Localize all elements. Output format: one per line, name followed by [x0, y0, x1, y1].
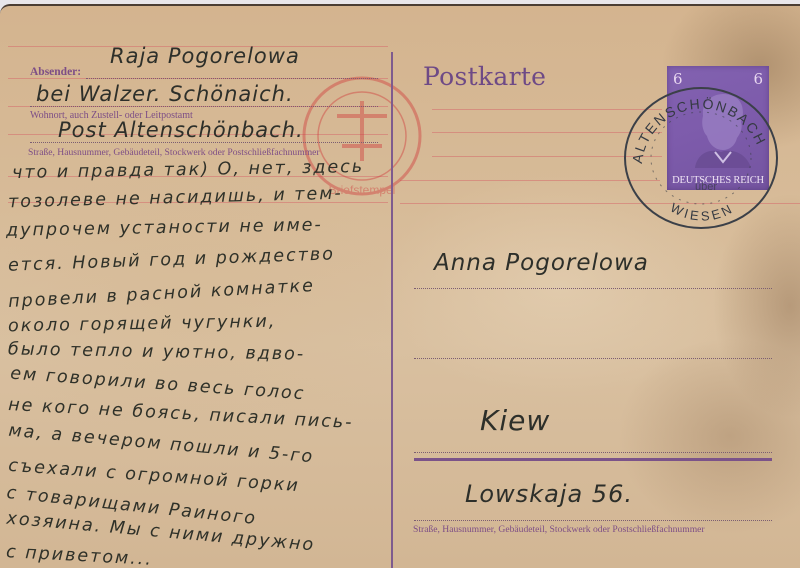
message-line: провели в расной комнатке [8, 276, 316, 312]
city-underline [414, 458, 772, 461]
postkarte-title: Postkarte [423, 62, 546, 91]
sender-town: Post Altenschönbach. [58, 118, 304, 142]
vertical-divider [391, 52, 393, 568]
message-line: с приветом... [6, 542, 154, 568]
sender-line-1 [86, 78, 378, 79]
svg-text:WIESEN: WIESEN [668, 200, 737, 224]
recipient-line-2 [414, 358, 772, 359]
svg-text:über: über [695, 181, 717, 193]
sender-name: Raja Pogorelowa [110, 44, 300, 68]
strasse-label-recipient: Straße, Hausnummer, Gebäudeteil, Stockwe… [413, 524, 705, 535]
message-line: около горящей чугунки, [8, 312, 277, 337]
sender-line-2 [30, 106, 378, 107]
message-line: дупрочем устаности не име- [6, 215, 323, 241]
recipient-street: Lowskaja 56. [465, 480, 633, 508]
postcard: Briefstempel Absender: Raja Pogorelowa b… [0, 4, 800, 568]
strasse-label-sender: Straße, Hausnummer, Gebäudeteil, Stockwe… [28, 147, 320, 158]
recipient-name: Anna Pogorelowa [434, 250, 649, 276]
postmark-icon: ALTENSCHÖNBACH über WIESEN [620, 84, 782, 234]
recipient-city: Kiew [480, 404, 550, 437]
absender-label: Absender: [30, 66, 81, 78]
sender-line-3 [30, 142, 378, 143]
message-line: ется. Новый год и рождество [8, 244, 335, 275]
message-line: было тепло и уютно, вдво- [8, 339, 305, 364]
recipient-line-4 [414, 520, 772, 521]
recipient-line-3 [414, 452, 772, 453]
recipient-line-1 [414, 288, 772, 289]
sender-street: bei Walzer. Schönaich. [36, 82, 294, 106]
